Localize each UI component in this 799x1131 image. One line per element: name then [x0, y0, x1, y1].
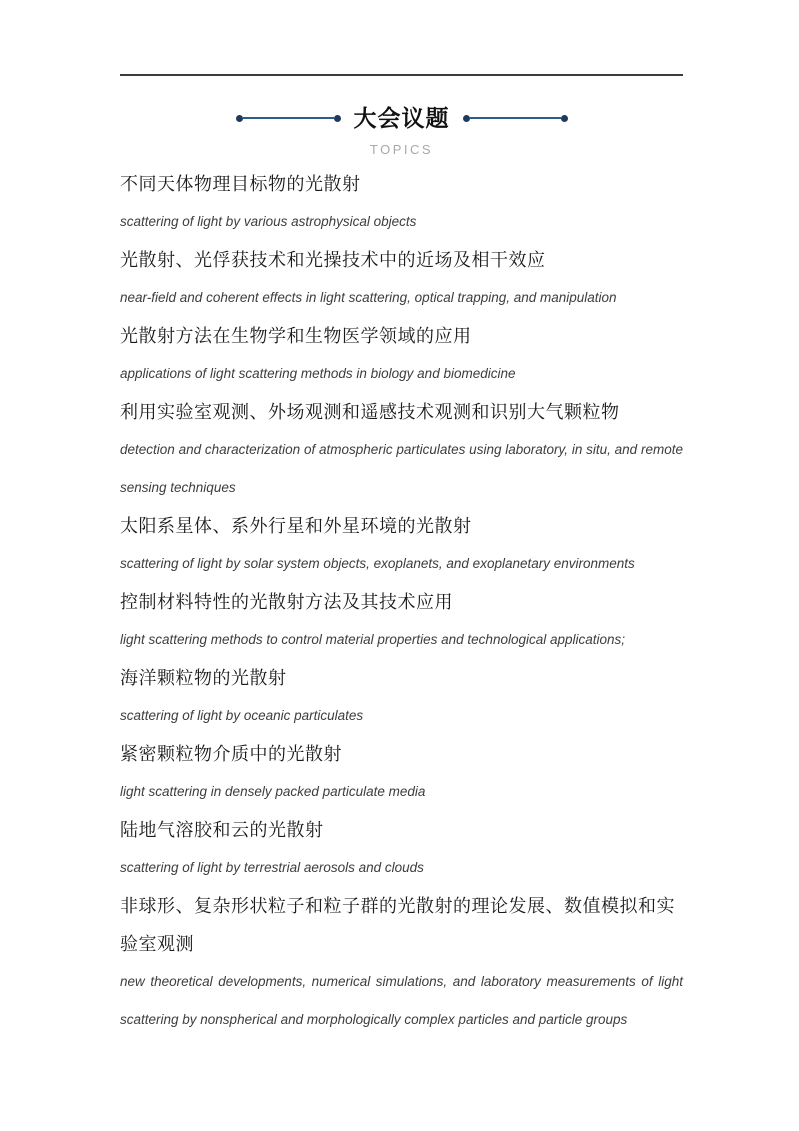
- topic-english: scattering of light by oceanic particula…: [120, 697, 683, 735]
- topic-chinese: 光散射、光俘获技术和光操技术中的近场及相干效应: [120, 241, 683, 279]
- topic-chinese: 紧密颗粒物介质中的光散射: [120, 735, 683, 773]
- topic-chinese: 陆地气溶胶和云的光散射: [120, 811, 683, 849]
- topic-item: 光散射方法在生物学和生物医学领域的应用 applications of ligh…: [120, 317, 683, 393]
- topic-chinese: 控制材料特性的光散射方法及其技术应用: [120, 583, 683, 621]
- decoration-line: [470, 117, 561, 119]
- topic-item: 利用实验室观测、外场观测和遥感技术观测和识别大气颗粒物 detection an…: [120, 393, 683, 507]
- topic-english: light scattering in densely packed parti…: [120, 773, 683, 811]
- topic-chinese: 利用实验室观测、外场观测和遥感技术观测和识别大气颗粒物: [120, 393, 683, 431]
- topic-chinese: 非球形、复杂形状粒子和粒子群的光散射的理论发展、数值模拟和实验室观测: [120, 887, 683, 963]
- decoration-dot-icon: [334, 115, 341, 122]
- topic-english: scattering of light by terrestrial aeros…: [120, 849, 683, 887]
- topic-chinese: 太阳系星体、系外行星和外星环境的光散射: [120, 507, 683, 545]
- decoration-dot-icon: [463, 115, 470, 122]
- topic-item: 光散射、光俘获技术和光操技术中的近场及相干效应 near-field and c…: [120, 241, 683, 317]
- topic-item: 非球形、复杂形状粒子和粒子群的光散射的理论发展、数值模拟和实验室观测 new t…: [120, 887, 683, 1039]
- topic-chinese: 海洋颗粒物的光散射: [120, 659, 683, 697]
- topic-item: 太阳系星体、系外行星和外星环境的光散射 scattering of light …: [120, 507, 683, 583]
- page-subtitle: TOPICS: [120, 142, 683, 158]
- topic-english: light scattering methods to control mate…: [120, 621, 683, 659]
- topic-english: new theoretical developments, numerical …: [120, 963, 683, 1039]
- topic-item: 陆地气溶胶和云的光散射 scattering of light by terre…: [120, 811, 683, 887]
- title-decoration-left: [236, 115, 341, 122]
- topic-item: 不同天体物理目标物的光散射 scattering of light by var…: [120, 165, 683, 241]
- topic-chinese: 光散射方法在生物学和生物医学领域的应用: [120, 317, 683, 355]
- header-rule: [120, 74, 683, 76]
- topic-english: detection and characterization of atmosp…: [120, 431, 683, 507]
- topic-item: 紧密颗粒物介质中的光散射 light scattering in densely…: [120, 735, 683, 811]
- topic-english: scattering of light by solar system obje…: [120, 545, 683, 583]
- title-decoration-right: [463, 115, 568, 122]
- topics-list: 不同天体物理目标物的光散射 scattering of light by var…: [120, 165, 683, 1039]
- topic-chinese: 不同天体物理目标物的光散射: [120, 165, 683, 203]
- topic-english: near-field and coherent effects in light…: [120, 279, 683, 317]
- document-page: 大会议题 TOPICS 不同天体物理目标物的光散射 scattering of …: [0, 0, 799, 1131]
- topic-english: applications of light scattering methods…: [120, 355, 683, 393]
- topic-item: 控制材料特性的光散射方法及其技术应用 light scattering meth…: [120, 583, 683, 659]
- page-title: 大会议题: [354, 101, 450, 135]
- section-title-row: 大会议题: [120, 101, 683, 135]
- topic-item: 海洋颗粒物的光散射 scattering of light by oceanic…: [120, 659, 683, 735]
- decoration-dot-icon: [561, 115, 568, 122]
- topic-english: scattering of light by various astrophys…: [120, 203, 683, 241]
- decoration-dot-icon: [236, 115, 243, 122]
- decoration-line: [243, 117, 334, 119]
